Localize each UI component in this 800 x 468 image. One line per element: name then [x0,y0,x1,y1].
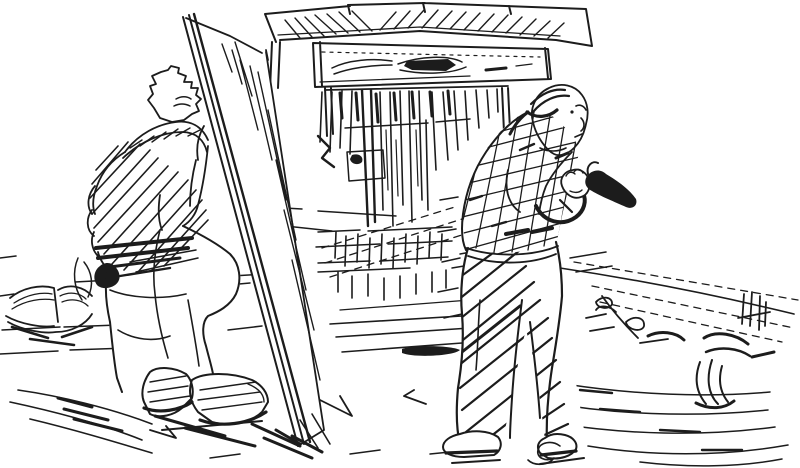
bottom-dashes [210,450,470,458]
lintel-board [313,42,551,87]
illustration-page: Black-and-white pen-and-ink sketch: two … [0,0,800,468]
grass-sticks [738,292,770,330]
stones-and-twigs [586,292,774,357]
grass-tuft-right [696,360,734,408]
threshold-shadow [402,346,460,356]
hammer [560,162,636,212]
door-latch [350,154,362,164]
twig [586,296,668,343]
wave-dashes [580,390,742,450]
door-stile [362,90,375,226]
right-figure-shoes [443,431,584,464]
illustration-canvas: Black-and-white pen-and-ink sketch: two … [0,0,800,468]
shoe-shadow [452,458,584,464]
book-shadow [12,327,92,345]
book-page-lines [12,293,88,309]
door-jambs [325,88,510,136]
grass-left [10,390,152,453]
hammer-head [585,171,636,208]
clod-strokes [706,349,750,356]
wood-knot [404,59,456,71]
path-dashed-edges [574,262,798,342]
right-figure [443,85,636,464]
open-book [6,258,92,345]
eye [570,110,573,113]
threshold-lines [330,315,478,352]
